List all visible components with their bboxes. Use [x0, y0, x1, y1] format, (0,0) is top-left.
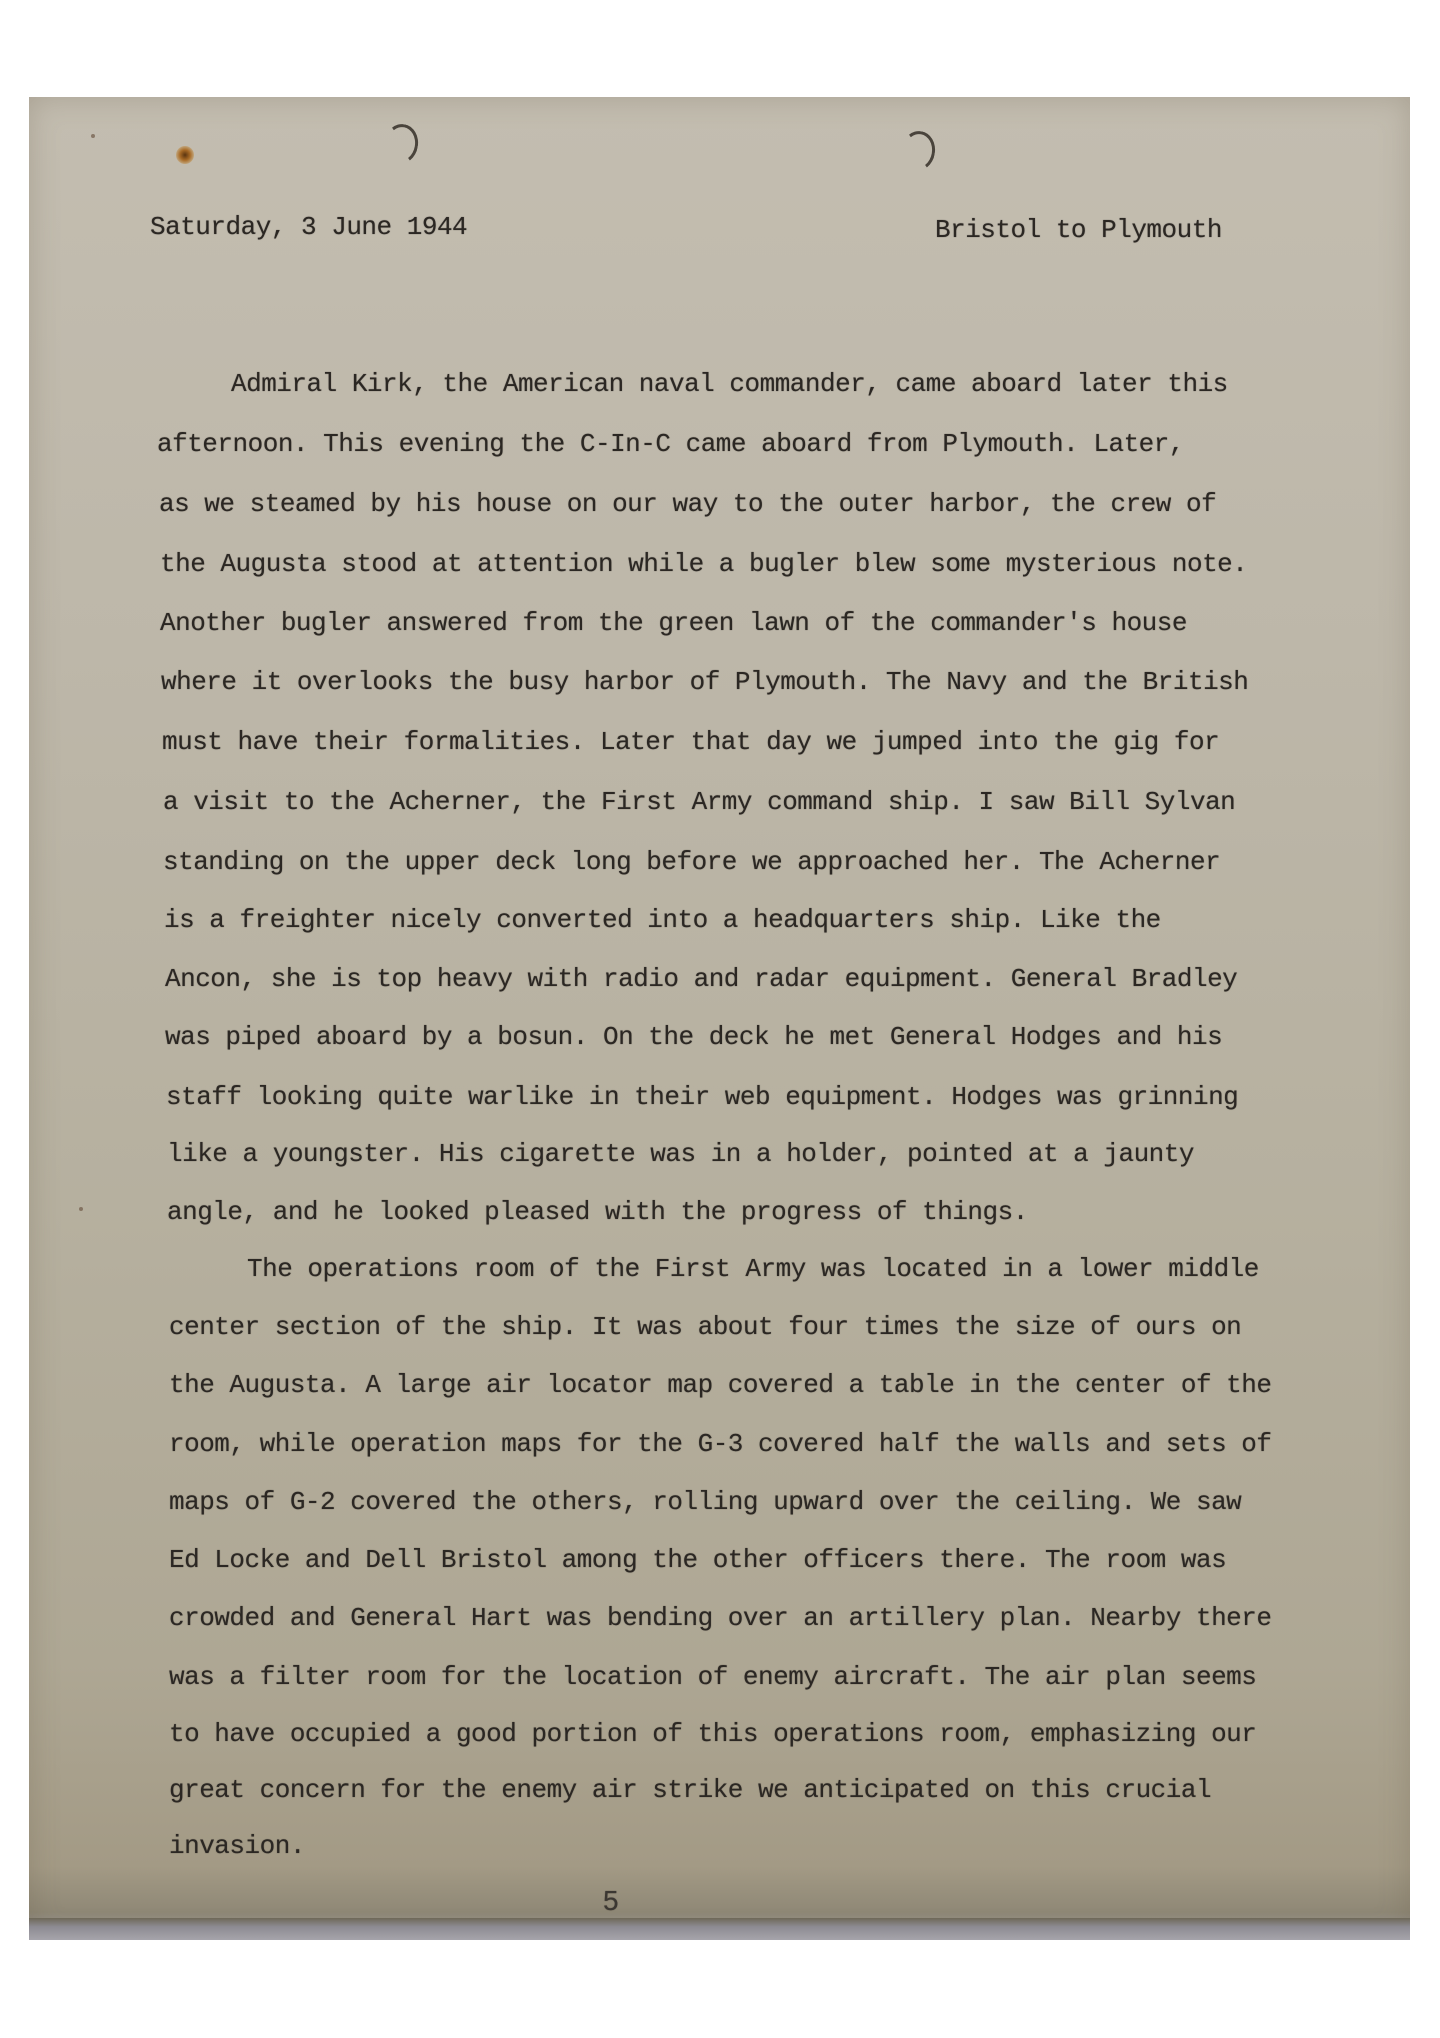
body-line: where it overlooks the busy harbor of Pl…: [161, 667, 1248, 697]
body-line: to have occupied a good portion of this …: [169, 1719, 1256, 1749]
body-line: afternoon. This evening the C-In-C came …: [157, 429, 1184, 459]
body-line: a visit to the Acherner, the First Army …: [163, 787, 1235, 817]
body-line: room, while operation maps for the G-3 c…: [169, 1429, 1272, 1459]
rust-stain: [176, 146, 194, 164]
body-line: Admiral Kirk, the American naval command…: [231, 369, 1228, 399]
body-line: was piped aboard by a bosun. On the deck…: [165, 1022, 1222, 1052]
body-line: angle, and he looked pleased with the pr…: [167, 1197, 1028, 1227]
paper-speck: [91, 134, 95, 138]
body-line: crowded and General Hart was bending ove…: [169, 1603, 1272, 1633]
body-line: The operations room of the First Army wa…: [247, 1254, 1259, 1284]
body-line: standing on the upper deck long before w…: [163, 847, 1220, 877]
body-line: as we steamed by his house on our way to…: [159, 489, 1216, 519]
body-line: staff looking quite warlike in their web…: [166, 1082, 1238, 1112]
body-line: was a filter room for the location of en…: [169, 1662, 1256, 1692]
body-line: must have their formalities. Later that …: [162, 727, 1219, 757]
punch-hole-mark-right: [898, 128, 938, 173]
body-line: Another bugler answered from the green l…: [160, 608, 1187, 638]
scanned-page: Saturday, 3 June 1944 Bristol to Plymout…: [29, 97, 1410, 1940]
header-location: Bristol to Plymouth: [935, 215, 1222, 245]
body-line: like a youngster. His cigarette was in a…: [167, 1139, 1194, 1169]
body-line: Ancon, she is top heavy with radio and r…: [165, 964, 1237, 994]
body-line: center section of the ship. It was about…: [169, 1312, 1241, 1342]
body-line: great concern for the enemy air strike w…: [169, 1775, 1211, 1805]
body-line: Ed Locke and Dell Bristol among the othe…: [169, 1545, 1226, 1575]
body-line: the Augusta stood at attention while a b…: [160, 549, 1247, 579]
body-line: the Augusta. A large air locator map cov…: [169, 1370, 1272, 1400]
body-line: invasion.: [169, 1831, 305, 1861]
paper-speck: [79, 1207, 83, 1211]
header-date: Saturday, 3 June 1944: [150, 212, 467, 242]
page-number: 5: [603, 1885, 618, 1917]
body-line: maps of G-2 covered the others, rolling …: [169, 1487, 1241, 1517]
punch-hole-mark-left: [381, 121, 421, 166]
body-line: is a freighter nicely converted into a h…: [164, 905, 1161, 935]
